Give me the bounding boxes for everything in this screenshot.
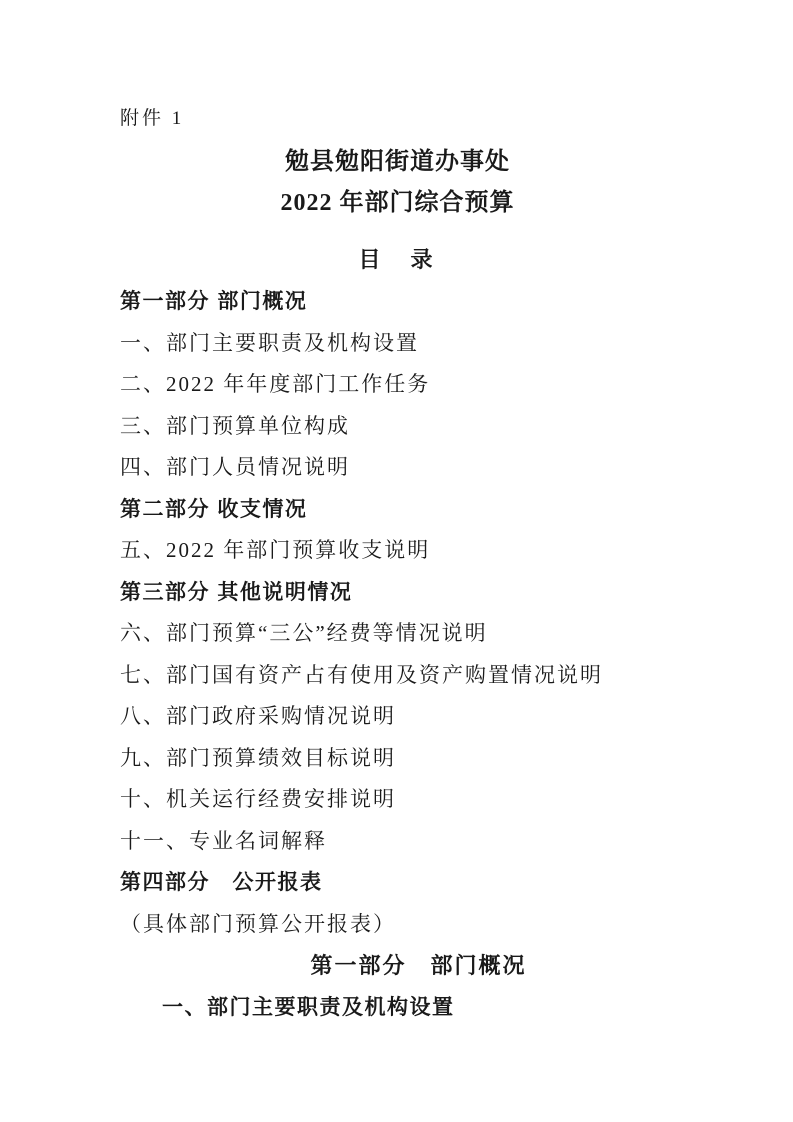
toc-part-heading: 第二部分 收支情况 [120,487,675,529]
toc-item: 八、部门政府采购情况说明 [120,695,675,737]
toc-item: 三、部门预算单位构成 [120,404,675,446]
toc-item: 四、部门人员情况说明 [120,446,675,488]
toc-item: 二、2022 年年度部门工作任务 [120,363,675,405]
toc-heading: 目 录 [120,238,675,280]
toc-item: 九、部门预算绩效目标说明 [120,736,675,778]
toc-item: 一、部门主要职责及机构设置 [120,321,675,363]
toc-part-heading: 第四部分 公开报表 [120,861,675,903]
toc-part-heading: 第三部分 其他说明情况 [120,570,675,612]
attachment-label: 附件 1 [120,96,675,138]
document-title-line2: 2022 年部门综合预算 [120,179,675,220]
body-section-heading: 第一部分 部门概况 [120,944,675,986]
toc-item: 十一、专业名词解释 [120,819,675,861]
toc-part-heading: 第一部分 部门概况 [120,280,675,322]
document-page: 附件 1 勉县勉阳街道办事处 2022 年部门综合预算 目 录 第一部分 部门概… [0,0,793,1122]
toc-item: 五、2022 年部门预算收支说明 [120,529,675,571]
toc-list: 第一部分 部门概况一、部门主要职责及机构设置二、2022 年年度部门工作任务三、… [120,280,675,944]
toc-item: （具体部门预算公开报表） [120,902,675,944]
document-title-line1: 勉县勉阳街道办事处 [120,138,675,179]
toc-item: 七、部门国有资产占有使用及资产购置情况说明 [120,653,675,695]
body-first-item-heading: 一、部门主要职责及机构设置 [120,985,675,1027]
toc-item: 六、部门预算“三公”经费等情况说明 [120,612,675,654]
toc-item: 十、机关运行经费安排说明 [120,778,675,820]
